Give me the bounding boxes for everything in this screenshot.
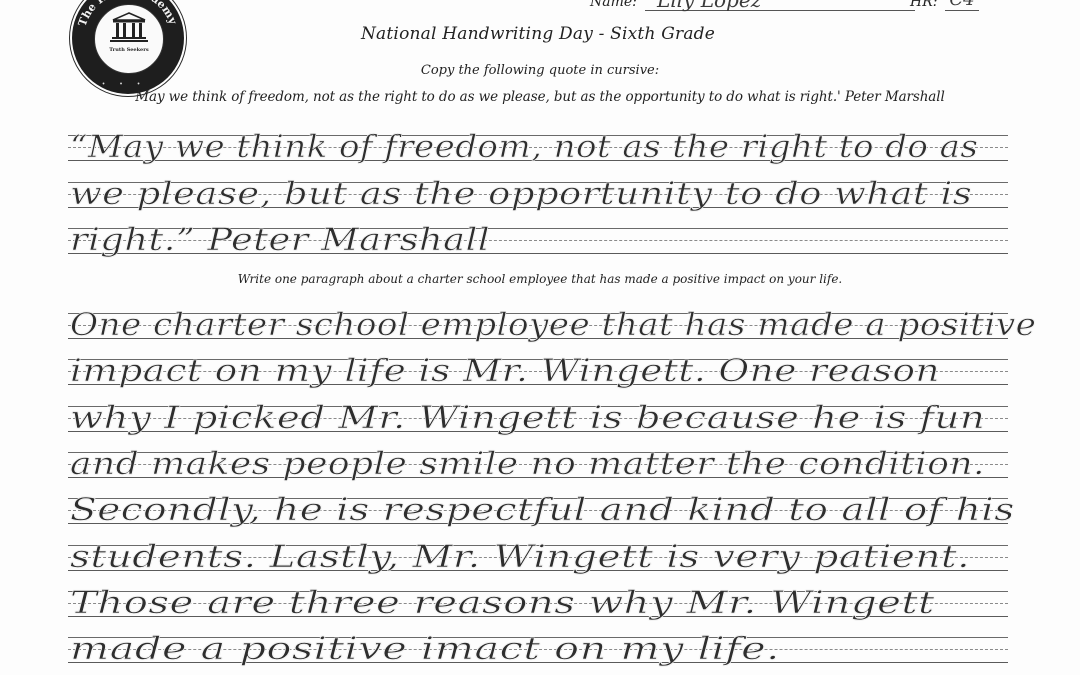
quote-row[interactable]: we please, but as the opportunity to do … xyxy=(68,182,1008,208)
paragraph-handwritten-line: impact on my life is Mr. Wingett. One re… xyxy=(70,356,940,387)
name-label: Name: xyxy=(590,0,637,10)
paragraph-row[interactable]: Secondly, he is respectful and kind to a… xyxy=(68,498,1008,524)
paragraph-handwritten-line: made a positive imact on my life. xyxy=(70,634,780,665)
quote-row[interactable]: right.” Peter Marshall xyxy=(68,228,1008,254)
paragraph-handwritten-line: One charter school employee that has mad… xyxy=(70,310,1036,341)
worksheet-page: The Ro... Academy Truth Seekers ••• Name… xyxy=(0,0,1080,675)
paragraph-handwritten-line: Secondly, he is respectful and kind to a… xyxy=(70,495,1015,526)
paragraph-row[interactable]: made a positive imact on my life. xyxy=(68,637,1008,663)
paragraph-row[interactable]: why I picked Mr. Wingett is because he i… xyxy=(68,406,1008,432)
paragraph-row[interactable]: and makes people smile no matter the con… xyxy=(68,452,1008,478)
name-field[interactable]: Lily Lopez xyxy=(645,0,915,11)
homeroom-field[interactable]: C4 xyxy=(945,0,979,11)
paragraph-row[interactable]: impact on my life is Mr. Wingett. One re… xyxy=(68,359,1008,385)
seal-motto: Truth Seekers xyxy=(95,47,163,53)
quote-row[interactable]: “May we think of freedom, not as the rig… xyxy=(68,135,1008,161)
seal-dots: ••• xyxy=(72,81,184,88)
paragraph-row[interactable]: students. Lastly, Mr. Wingett is very pa… xyxy=(68,545,1008,571)
worksheet-title-text: National Handwriting Day - Sixth Grade xyxy=(361,24,715,44)
quote-instruction: Copy the following quote in cursive: xyxy=(0,63,1080,78)
printed-quote: May we think of freedom, not as the righ… xyxy=(0,89,1080,105)
paragraph-instruction: Write one paragraph about a charter scho… xyxy=(0,272,1080,286)
paragraph-row[interactable]: One charter school employee that has mad… xyxy=(68,313,1008,339)
paragraph-handwritten-line: why I picked Mr. Wingett is because he i… xyxy=(70,403,985,434)
quote-handwritten-line: we please, but as the opportunity to do … xyxy=(70,179,972,210)
homeroom-label: HR: xyxy=(910,0,937,10)
quote-handwritten-line: right.” Peter Marshall xyxy=(70,225,490,256)
paragraph-handwritten-line: Those are three reasons why Mr. Wingett xyxy=(70,588,935,619)
worksheet-title: National Handwriting Day - Sixth Grade xyxy=(0,24,1080,44)
paragraph-row[interactable]: Those are three reasons why Mr. Wingett xyxy=(68,591,1008,617)
quote-handwritten-line: “May we think of freedom, not as the rig… xyxy=(70,132,978,163)
school-seal-logo: The Ro... Academy Truth Seekers ••• xyxy=(72,0,184,94)
paragraph-handwritten-line: and makes people smile no matter the con… xyxy=(70,449,985,480)
paragraph-handwritten-line: students. Lastly, Mr. Wingett is very pa… xyxy=(70,542,970,573)
